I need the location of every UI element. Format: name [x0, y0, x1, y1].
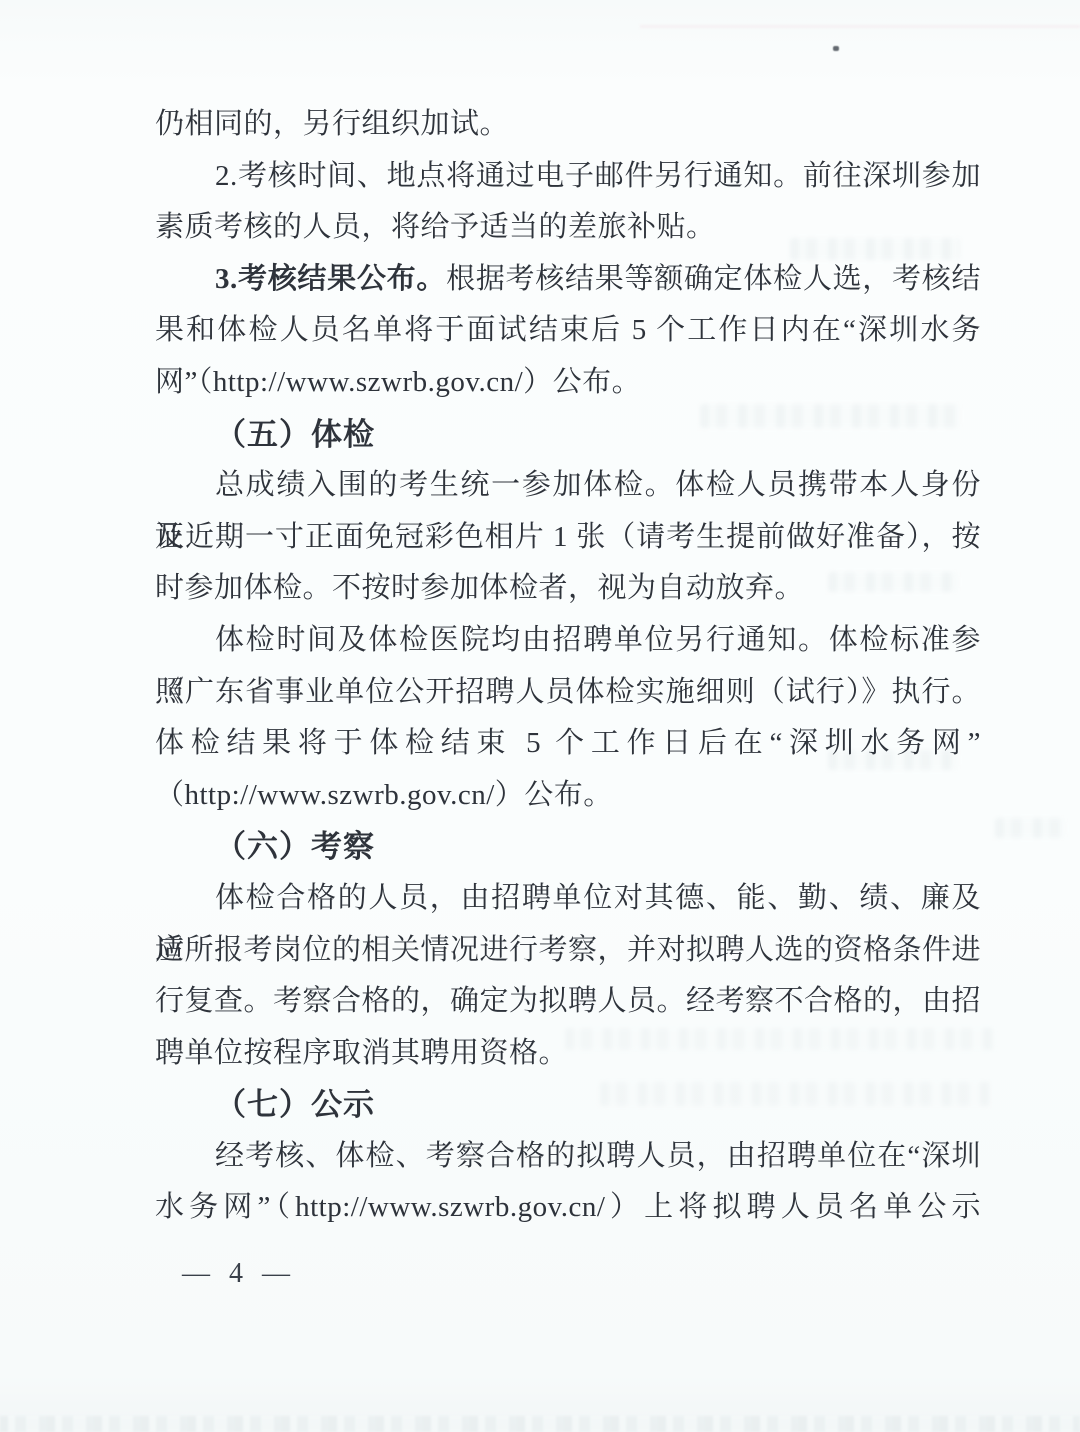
scan-speck — [833, 46, 839, 51]
section-heading-public-notice: （七）公示 — [155, 1079, 981, 1131]
text-line: 时参加体检。不按时参加体检者，视为自动放弃。 — [155, 563, 981, 615]
text-line: 体检结果将于体检结束 5 个工作日后在“深圳水务网” — [155, 718, 981, 770]
text-line: （http://www.szwrb.gov.cn/）公布。 — [155, 770, 981, 822]
document-body: 仍相同的，另行组织加试。 2.考核时间、地点将通过电子邮件另行通知。前往深圳参加… — [155, 99, 981, 1234]
section-heading-physical-exam: （五）体检 — [155, 409, 981, 461]
text-line-rest: 根据考核结果等额确定体检人选，考核结 — [446, 263, 981, 295]
text-line: 网”（http://www.szwrb.gov.cn/）公布。 — [155, 357, 981, 409]
text-line: 体检时间及体检医院均由招聘单位另行通知。体检标准参照 — [155, 615, 981, 667]
section-heading-inspection: （六）考察 — [155, 821, 981, 873]
text-line: 总成绩入围的考生统一参加体检。体检人员携带本人身份证 — [155, 460, 981, 512]
text-line: 及近期一寸正面免冠彩色相片 1 张（请考生提前做好准备），按 — [155, 512, 981, 564]
scan-streak — [640, 25, 1080, 28]
text-line: 《广东省事业单位公开招聘人员体检实施细则（试行）》执行。 — [155, 667, 981, 719]
text-line: 3.考核结果公布。根据考核结果等额确定体检人选，考核结 — [155, 254, 981, 306]
text-line: 应所报考岗位的相关情况进行考察，并对拟聘人选的资格条件进 — [155, 925, 981, 977]
text-line: 经考核、体检、考察合格的拟聘人员，由招聘单位在“深圳 — [155, 1131, 981, 1183]
text-line: 素质考核的人员，将给予适当的差旅补贴。 — [155, 202, 981, 254]
text-line: 行复查。考察合格的，确定为拟聘人员。经考察不合格的，由招 — [155, 976, 981, 1028]
scan-edge-noise — [0, 1416, 1080, 1432]
inline-subheading: 3.考核结果公布。 — [215, 263, 446, 295]
text-line: 仍相同的，另行组织加试。 — [155, 99, 981, 151]
page-number: — 4 — — [182, 1252, 296, 1296]
bleed-through-smudge — [995, 818, 1065, 838]
text-line: 水务网”（http://www.szwrb.gov.cn/）上将拟聘人员名单公示 — [155, 1182, 981, 1234]
document-page: 仍相同的，另行组织加试。 2.考核时间、地点将通过电子邮件另行通知。前往深圳参加… — [0, 0, 1080, 1432]
text-line: 聘单位按程序取消其聘用资格。 — [155, 1028, 981, 1080]
text-line: 2.考核时间、地点将通过电子邮件另行通知。前往深圳参加 — [155, 151, 981, 203]
text-line: 体检合格的人员，由招聘单位对其德、能、勤、绩、廉及适 — [155, 873, 981, 925]
text-line: 果和体检人员名单将于面试结束后 5 个工作日内在“深圳水务 — [155, 305, 981, 357]
